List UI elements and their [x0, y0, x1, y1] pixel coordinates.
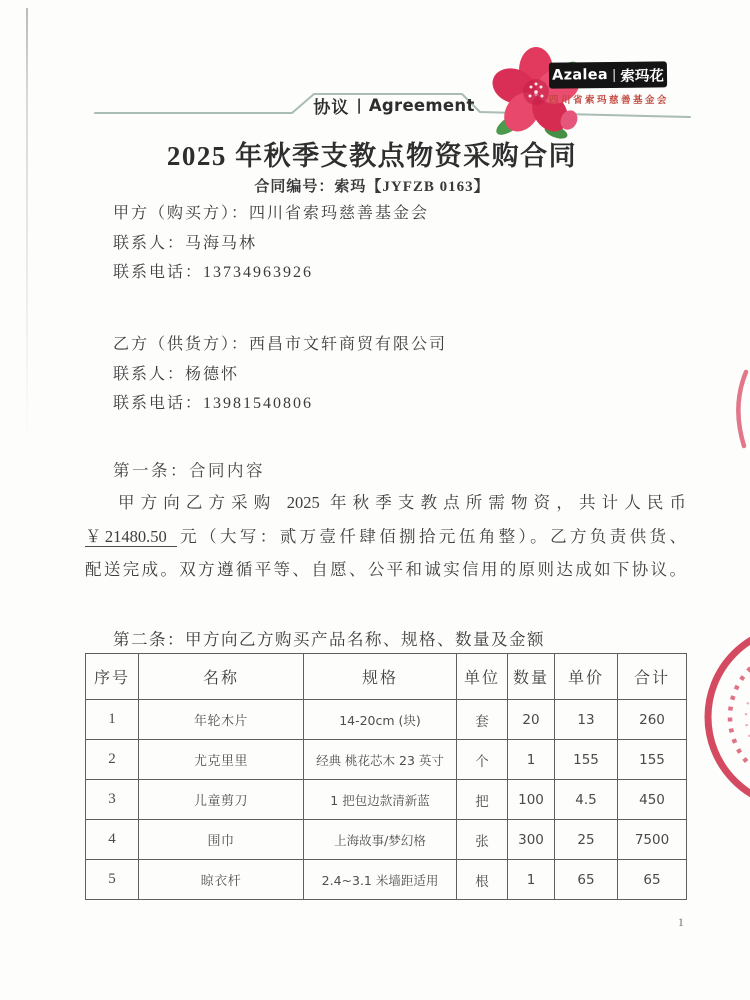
agreement-tab: 协议 | Agreement [316, 92, 472, 118]
table-cell: 上海故事/梦幻格 [304, 820, 457, 860]
table-row: 4围巾上海故事/梦幻格张300257500 [86, 820, 687, 860]
tab-label-zh: 协议 [313, 93, 349, 118]
red-stamp-partial [698, 632, 750, 812]
table-cell: 年轮木片 [139, 700, 304, 740]
table-row: 3儿童剪刀1 把包边款清新蓝把1004.5450 [86, 780, 687, 820]
table-cell: 2.4~3.1 米墙距适用 [304, 860, 457, 900]
party-a-contact: 联系人：马海马林 [113, 229, 429, 259]
clause1-paragraph: 甲方向乙方采购 2025 年秋季支教点所需物资，共计人民币 ￥21480.50元… [85, 486, 686, 587]
table-cell: 4.5 [555, 780, 618, 820]
red-mark-small [732, 368, 750, 450]
table-cell: 100 [508, 780, 555, 820]
table-cell: 把 [457, 780, 508, 820]
products-table: 序号名称规格单位数量单价合计 1年轮木片14-20cm (块)套20132602… [85, 653, 687, 900]
page-number: 1 [678, 917, 684, 929]
table-cell: 儿童剪刀 [139, 780, 304, 820]
clause1-line1: 甲方向乙方采购 2025 年秋季支教点所需物资，共计人民币 [85, 486, 686, 520]
clause1-line2: ￥21480.50元（大写：贰万壹仟肆佰捌拾元伍角整）。乙方负责供货、 [85, 520, 686, 554]
table-cell: 1 把包边款清新蓝 [304, 780, 457, 820]
table-cell: 65 [555, 860, 618, 900]
table-cell: 套 [457, 700, 508, 740]
clause1-heading: 第一条：合同内容 [113, 457, 265, 481]
party-b-phone: 联系电话：13981540806 [113, 389, 447, 419]
table-cell: 张 [457, 820, 508, 860]
clause2-heading: 第二条：甲方向乙方购买产品名称、规格、数量及金额 [113, 626, 545, 650]
table-cell: 450 [618, 780, 687, 820]
table-cell: 1 [508, 860, 555, 900]
table-cell: 155 [555, 740, 618, 780]
table-header-cell: 数量 [508, 654, 555, 700]
table-cell: 尤克里里 [139, 740, 304, 780]
table-cell: 25 [555, 820, 618, 860]
table-cell: 260 [618, 700, 687, 740]
red-stroke-icon [732, 368, 750, 450]
table-cell: 300 [508, 820, 555, 860]
clause1-line2-rest: 元（大写：贰万壹仟肆佰捌拾元伍角整）。乙方负责供货、 [177, 527, 686, 546]
document-title: 2025 年秋季支教点物资采购合同 [0, 134, 744, 173]
table-row: 1年轮木片14-20cm (块)套2013260 [86, 700, 687, 740]
table-header-row: 序号名称规格单位数量单价合计 [86, 654, 687, 700]
logo-text-en: Azalea [552, 67, 608, 84]
table-header-cell: 名称 [139, 654, 304, 700]
table-cell: 1 [508, 740, 555, 780]
table-cell: 7500 [618, 820, 687, 860]
party-b-contact: 联系人：杨德怀 [113, 360, 447, 390]
logo-divider: | [612, 67, 617, 82]
table-header-cell: 单价 [555, 654, 618, 700]
organization-name: 四川省索玛慈善基金会 [541, 92, 677, 106]
logo-wordmark: Azalea | 索玛花 [549, 61, 667, 88]
scan-edge-artifact [26, 8, 28, 448]
party-a-name: 甲方（购买方）：四川省索玛慈善基金会 [113, 199, 429, 229]
table-cell: 4 [86, 820, 139, 860]
table-cell: 2 [86, 740, 139, 780]
clause1-line3: 配送完成。双方遵循平等、自愿、公平和诚实信用的原则达成如下协议。 [85, 553, 686, 587]
table-cell: 65 [618, 860, 687, 900]
table-cell: 晾衣杆 [139, 860, 304, 900]
table-row: 5晾衣杆2.4~3.1 米墙距适用根16565 [86, 860, 687, 900]
table-cell: 1 [86, 700, 139, 740]
table-header-cell: 合计 [618, 654, 687, 700]
table-cell: 20 [508, 700, 555, 740]
party-a-block: 甲方（购买方）：四川省索玛慈善基金会 联系人：马海马林 联系电话：1373496… [113, 199, 429, 288]
tab-label-en: Agreement [369, 96, 475, 115]
table-header-cell: 单位 [457, 654, 508, 700]
table-row: 2尤克里里经典 桃花芯木 23 英寸个1155155 [86, 740, 687, 780]
table-cell: 14-20cm (块) [304, 700, 457, 740]
table-header-cell: 规格 [304, 654, 457, 700]
table-cell: 13 [555, 700, 618, 740]
table-cell: 根 [457, 860, 508, 900]
tab-divider: | [356, 96, 361, 114]
table-cell: 经典 桃花芯木 23 英寸 [304, 740, 457, 780]
table-header-cell: 序号 [86, 654, 139, 700]
party-a-phone: 联系电话：13734963926 [113, 258, 429, 288]
contract-number: 合同编号：索玛【JYFZB 0163】 [0, 175, 744, 196]
table-cell: 个 [457, 740, 508, 780]
party-b-block: 乙方（供货方）：西昌市文轩商贸有限公司 联系人：杨德怀 联系电话：1398154… [113, 330, 447, 419]
table-cell: 3 [86, 780, 139, 820]
table-cell: 围巾 [139, 820, 304, 860]
logo-text-zh: 索玛花 [620, 64, 664, 85]
table-cell: 155 [618, 740, 687, 780]
party-b-name: 乙方（供货方）：西昌市文轩商贸有限公司 [113, 330, 447, 360]
contract-amount: ￥21480.50 [85, 527, 177, 547]
stamp-arc-icon [698, 632, 750, 812]
table-cell: 5 [86, 860, 139, 900]
contract-page: 协议 | Agreement Azal [0, 0, 750, 1000]
